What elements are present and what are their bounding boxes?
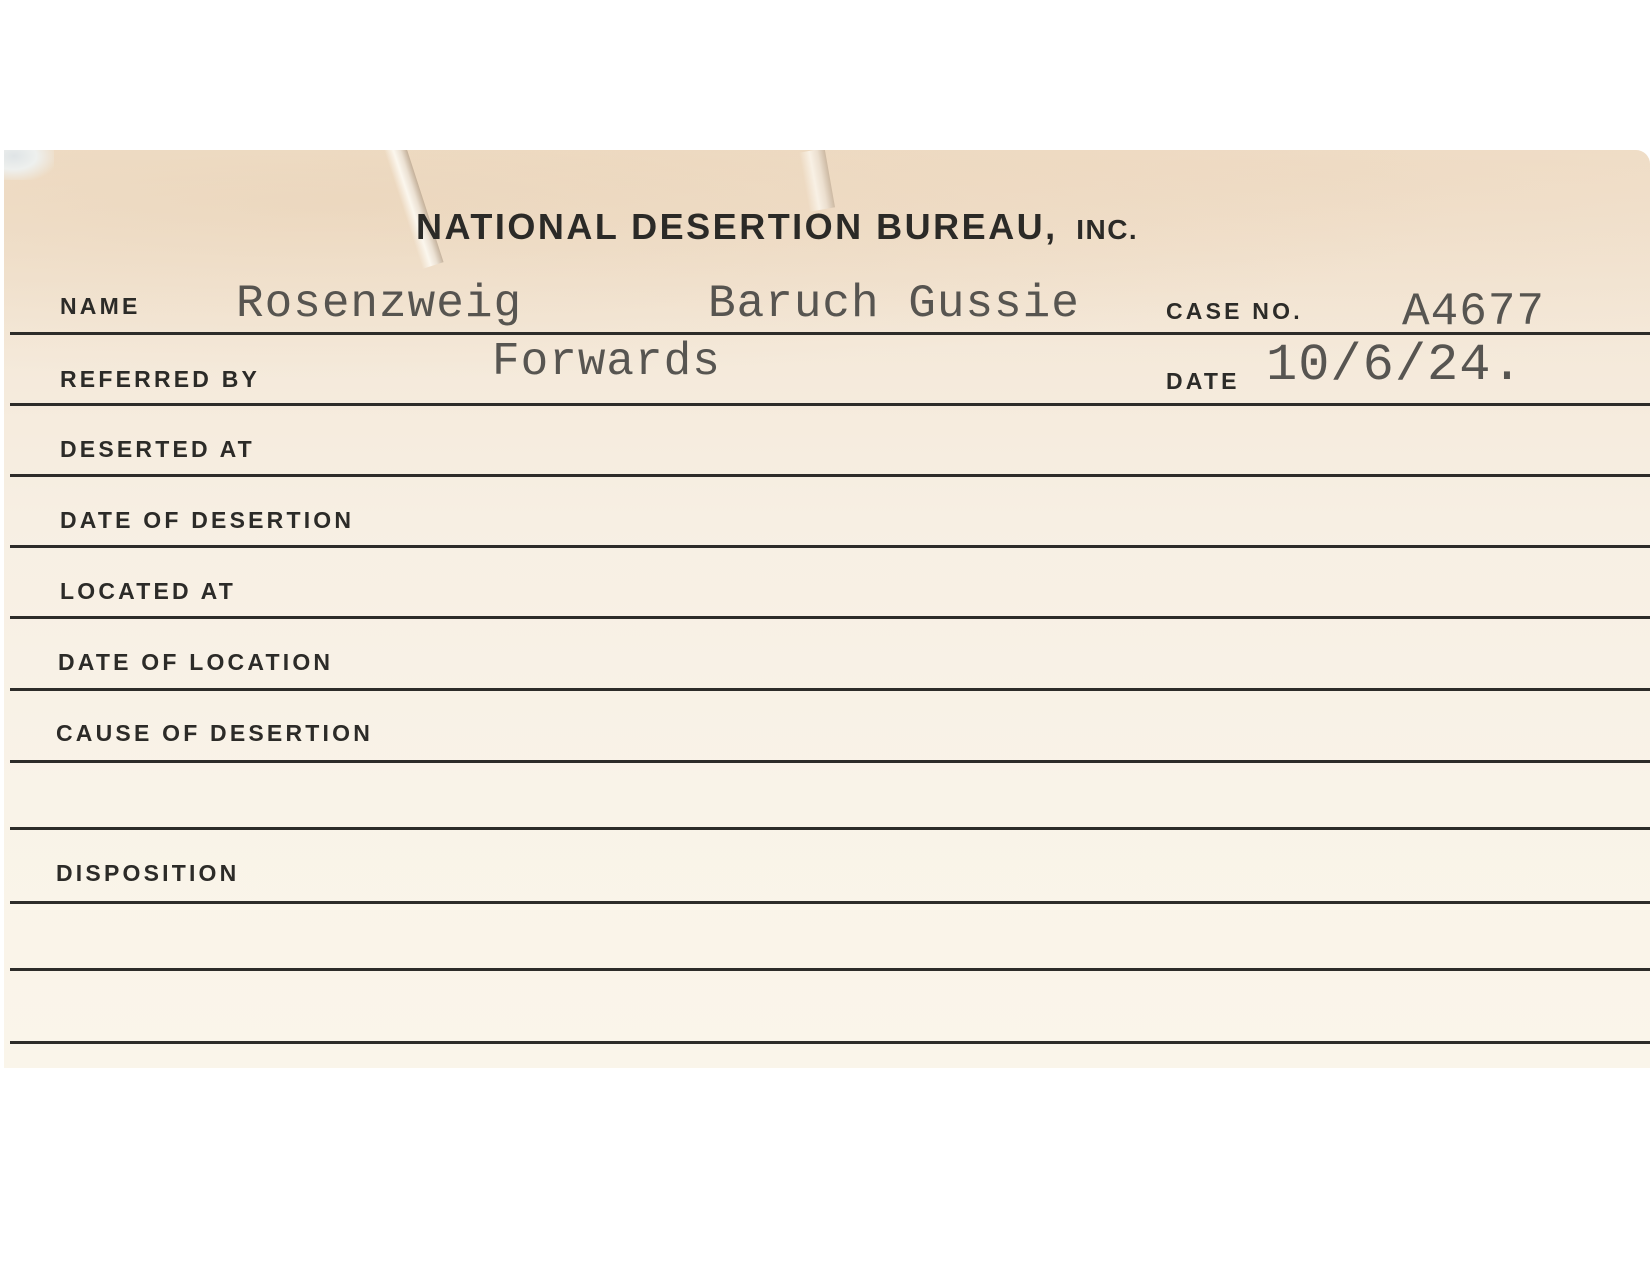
- located-at-rule: [10, 616, 1650, 619]
- case-no-value: A4677: [1402, 286, 1545, 338]
- cause-of-desertion-rule: [10, 760, 1650, 763]
- disposition-continuation-rule-1: [10, 968, 1650, 971]
- deserted-at-rule: [10, 474, 1650, 477]
- date-of-desertion-label: DATE OF DESERTION: [60, 507, 354, 534]
- referred-by-rule: [10, 403, 1650, 406]
- name-rule: [10, 332, 1650, 335]
- located-at-label: LOCATED AT: [60, 578, 236, 605]
- deserted-at-label: DESERTED AT: [60, 436, 255, 463]
- date-of-desertion-rule: [10, 545, 1650, 548]
- cause-continuation-rule: [10, 827, 1650, 830]
- referred-by-label: REFERRED BY: [60, 366, 260, 393]
- case-no-label: CASE NO.: [1166, 298, 1303, 325]
- disposition-rule: [10, 901, 1650, 904]
- date-of-location-rule: [10, 688, 1650, 691]
- name-label: NAME: [60, 293, 141, 320]
- date-value: 10/6/24.: [1266, 336, 1524, 395]
- date-label: DATE: [1166, 368, 1240, 395]
- cause-of-desertion-label: CAUSE OF DESERTION: [56, 720, 373, 747]
- date-of-location-label: DATE OF LOCATION: [58, 649, 333, 676]
- card-title: NATIONAL DESERTION BUREAU, INC.: [416, 206, 1138, 248]
- worn-corner: [4, 150, 54, 180]
- index-card: NATIONAL DESERTION BUREAU, INC. NAME Ros…: [4, 150, 1650, 1068]
- paper-crease: [799, 150, 835, 212]
- disposition-continuation-rule-2: [10, 1041, 1650, 1044]
- referred-by-value: Forwards: [492, 336, 721, 388]
- name-given-value: Baruch Gussie: [708, 278, 1080, 330]
- card-title-suffix: INC.: [1076, 214, 1138, 245]
- card-title-text: NATIONAL DESERTION BUREAU,: [416, 206, 1058, 247]
- name-surname-value: Rosenzweig: [236, 278, 522, 330]
- disposition-label: DISPOSITION: [56, 860, 239, 887]
